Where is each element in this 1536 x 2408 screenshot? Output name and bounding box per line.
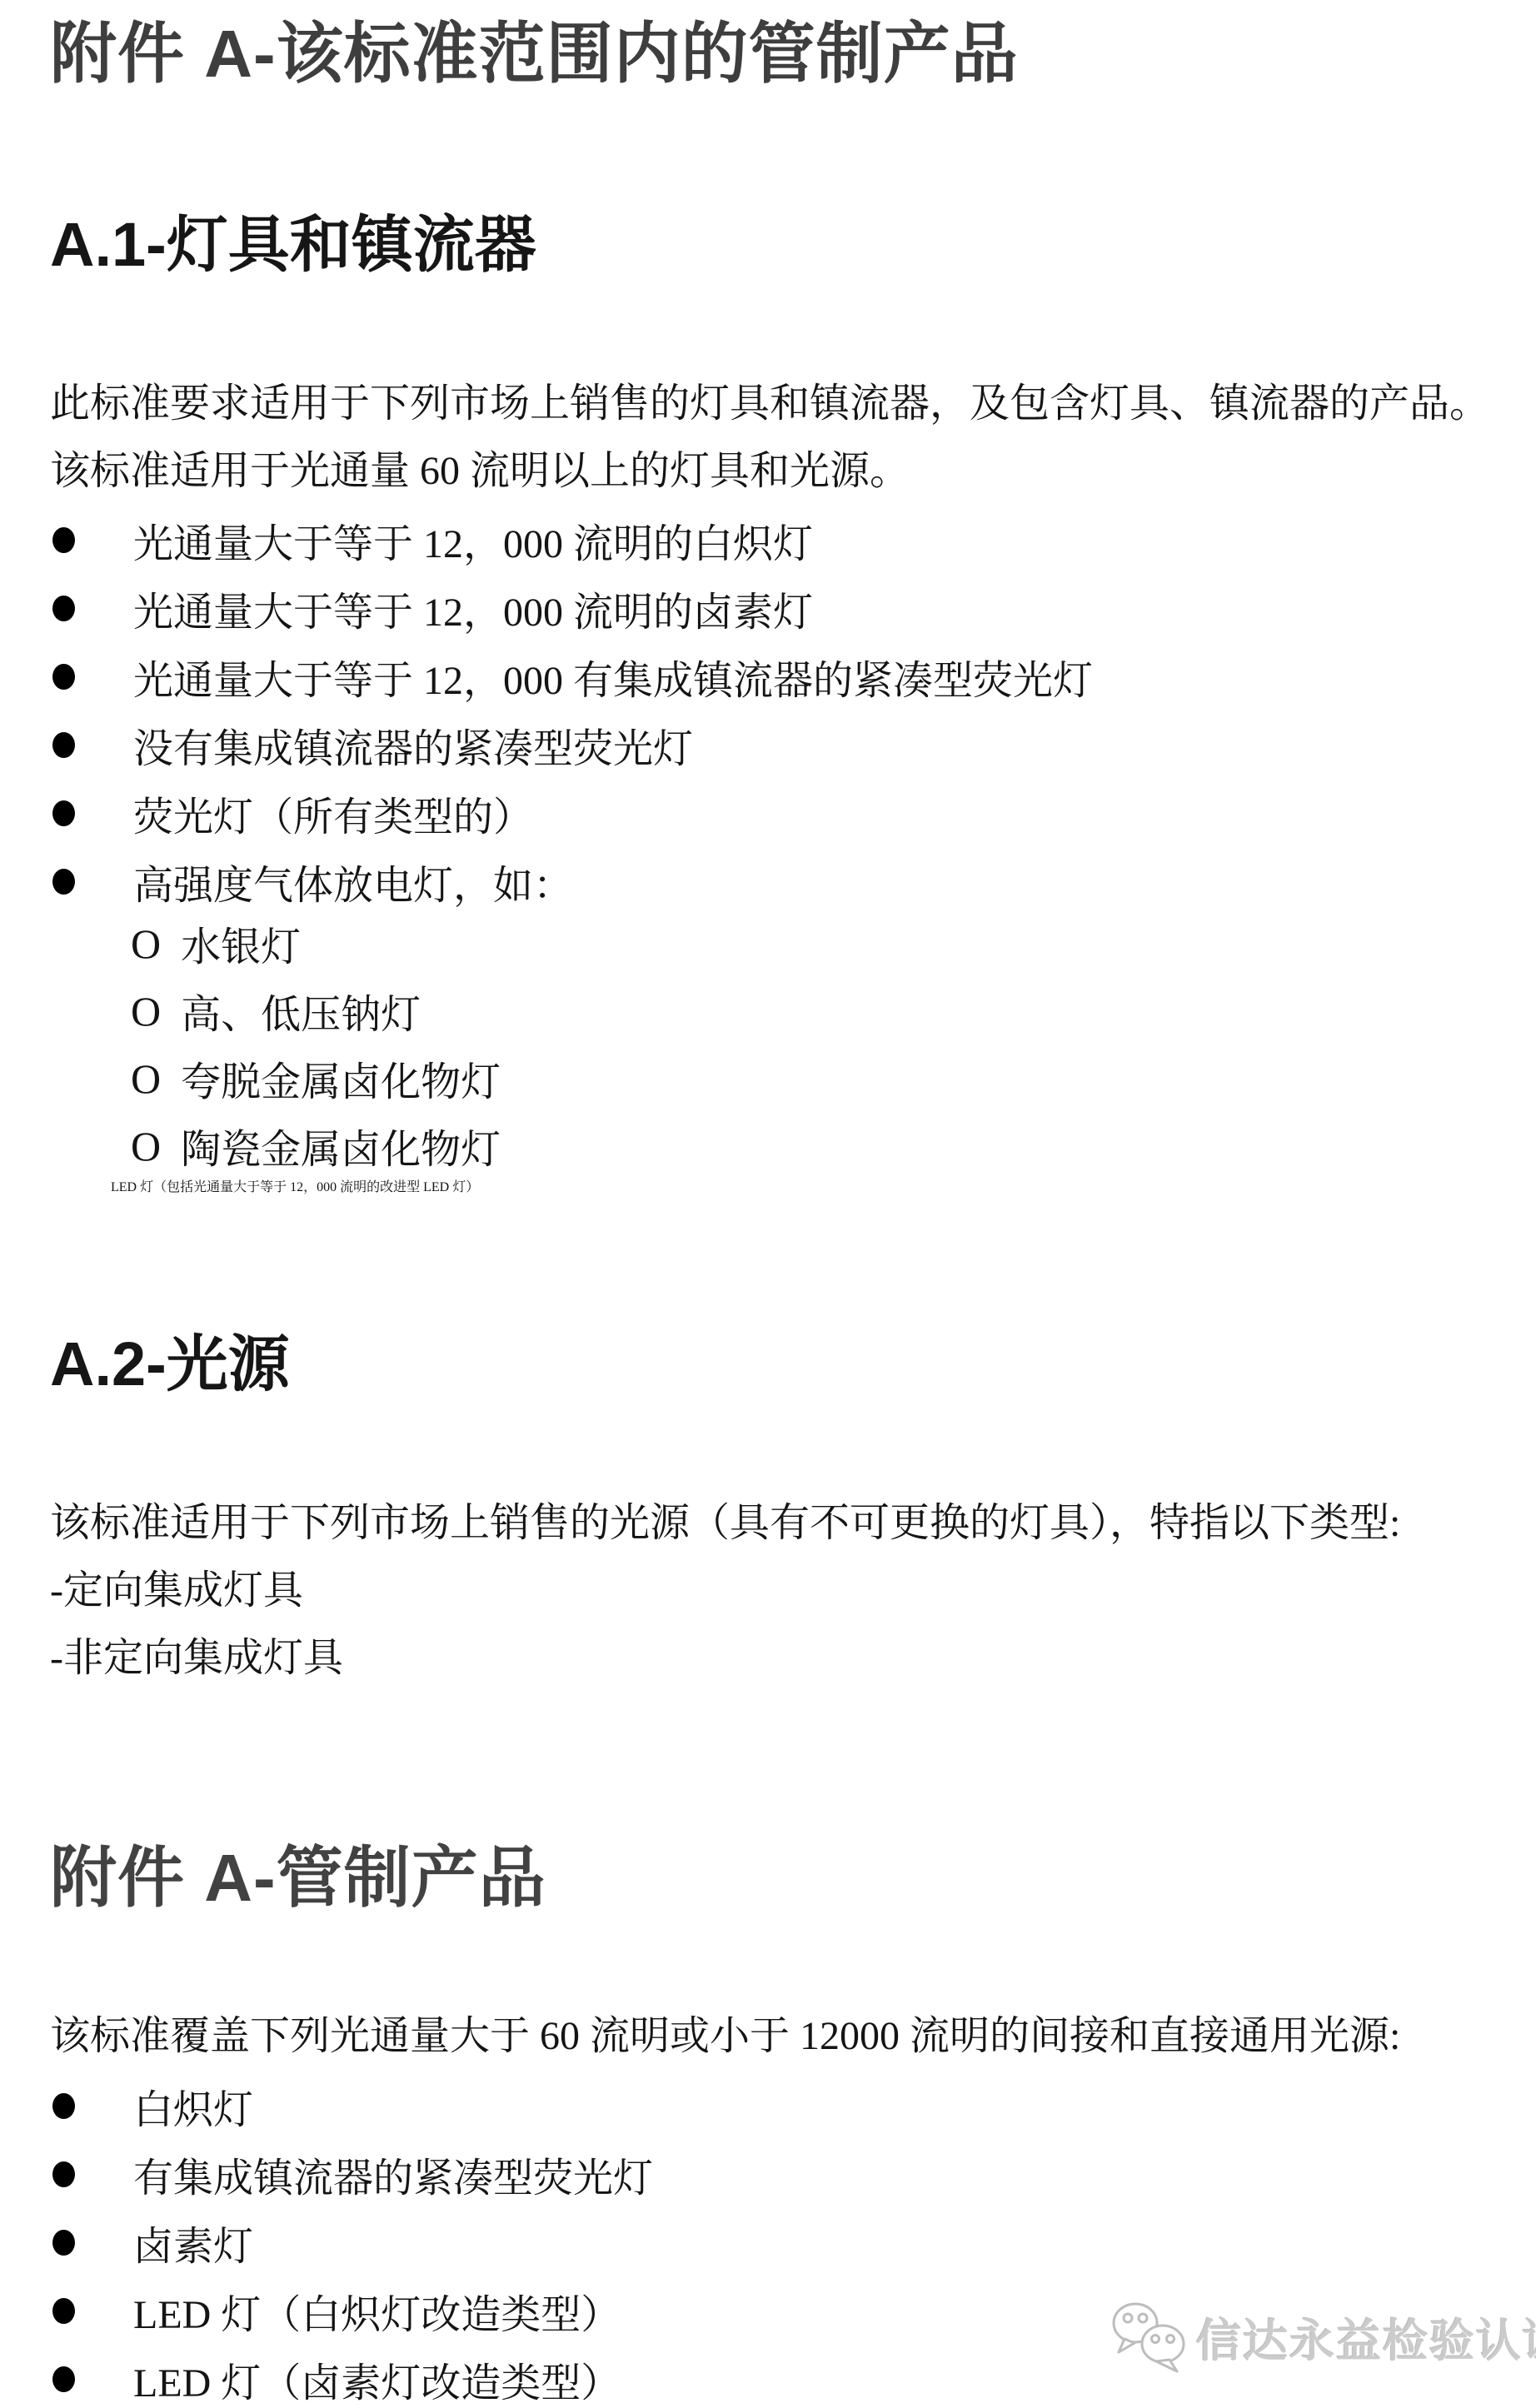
a2-dash-item: -定向集成灯具 xyxy=(50,1557,1400,1624)
bullet-dot-icon xyxy=(52,732,75,758)
led-lamp-bullet-item: LED 灯（包括光通量大于等于 12，000 流明的改进型 LED 灯） xyxy=(50,1176,479,1195)
bullet-dot-icon xyxy=(52,664,75,690)
o-bullet-marker: O xyxy=(131,1054,161,1103)
list-item-label: 没有集成镇流器的紧凑型荧光灯 xyxy=(133,716,693,774)
sub-list-item: O高、低压钠灯 xyxy=(131,977,501,1044)
document-page: 附件 A-该标准范围内的管制产品 A.1-灯具和镇流器 此标准要求适用于下列市场… xyxy=(0,0,1536,2408)
list-item-label: LED 灯（包括光通量大于等于 12，000 流明的改进型 LED 灯） xyxy=(111,1180,479,1194)
list-item-label: 白炽灯 xyxy=(133,2077,253,2135)
bullet-dot-icon xyxy=(52,2230,75,2256)
list-item-label: 光通量大于等于 12，000 流明的白炽灯 xyxy=(133,511,813,569)
wechat-icon xyxy=(1108,2301,1191,2374)
list-item: 没有集成镇流器的紧凑型荧光灯 xyxy=(50,710,1093,779)
list-item: 高强度气体放电灯，如： xyxy=(50,847,1093,915)
sub-list-item: O陶瓷金属卤化物灯 xyxy=(131,1112,501,1179)
hid-lamp-sub-list: O水银灯 O高、低压钠灯 O夸脱金属卤化物灯 O陶瓷金属卤化物灯 xyxy=(131,910,501,1179)
a1-intro-line-2: 该标准适用于光通量 60 流明以上的灯具和光源。 xyxy=(50,437,1489,505)
annex-a-intro: 该标准覆盖下列光通量大于 60 流明或小于 12000 流明的间接和直接通用光源… xyxy=(50,2002,1400,2070)
section-a1-heading: A.1-灯具和镇流器 xyxy=(50,212,536,278)
list-item-label: LED 灯（卤素灯改造类型） xyxy=(133,2351,621,2408)
sub-item-label: 陶瓷金属卤化物灯 xyxy=(181,1117,501,1174)
a2-intro-line: 该标准适用于下列市场上销售的光源（具有不可更换的灯具），特指以下类型: xyxy=(50,1489,1400,1557)
bullet-dot-icon xyxy=(52,800,75,826)
list-item-label: 光通量大于等于 12，000 有集成镇流器的紧凑型荧光灯 xyxy=(133,648,1093,705)
list-item: 卤素灯 xyxy=(50,2208,653,2276)
o-bullet-marker: O xyxy=(131,987,161,1035)
watermark: 信达永益检验认证 xyxy=(1108,2301,1536,2374)
list-item-label: 高强度气体放电灯，如： xyxy=(133,853,573,910)
sub-list-item: O水银灯 xyxy=(131,910,501,977)
sub-item-label: 夸脱金属卤化物灯 xyxy=(181,1049,501,1107)
page-title: 附件 A-该标准范围内的管制产品 xyxy=(50,18,1019,90)
watermark-text: 信达永益检验认证 xyxy=(1196,2306,1536,2370)
list-item-label: 荧光灯（所有类型的） xyxy=(133,785,533,842)
list-item: LED 灯（卤素灯改造类型） xyxy=(50,2345,653,2408)
bullet-dot-icon xyxy=(52,2366,75,2392)
bullet-dot-icon xyxy=(52,2161,75,2187)
list-item: 白炽灯 xyxy=(50,2071,653,2140)
sub-item-label: 高、低压钠灯 xyxy=(181,982,421,1039)
annex-bullet-list: 白炽灯 有集成镇流器的紧凑型荧光灯 卤素灯 LED 灯（白炽灯改造类型） LED… xyxy=(50,2071,653,2408)
bullet-dot-icon xyxy=(52,2298,75,2324)
list-item: 光通量大于等于 12，000 有集成镇流器的紧凑型荧光灯 xyxy=(50,642,1093,710)
a1-bullet-list: 光通量大于等于 12，000 流明的白炽灯 光通量大于等于 12，000 流明的… xyxy=(50,506,1093,915)
list-item-label: 光通量大于等于 12，000 流明的卤素灯 xyxy=(133,580,813,637)
annex-intro-line: 该标准覆盖下列光通量大于 60 流明或小于 12000 流明的间接和直接通用光源… xyxy=(50,2002,1400,2070)
bullet-dot-icon xyxy=(52,527,75,553)
o-bullet-marker: O xyxy=(131,920,161,968)
o-bullet-marker: O xyxy=(131,1122,161,1170)
section-a2-body: 该标准适用于下列市场上销售的光源（具有不可更换的灯具），特指以下类型: -定向集… xyxy=(50,1489,1400,1692)
sub-list-item: O夸脱金属卤化物灯 xyxy=(131,1044,501,1112)
a2-dash-item: -非定向集成灯具 xyxy=(50,1624,1400,1692)
list-item-label: LED 灯（白炽灯改造类型） xyxy=(133,2282,621,2340)
list-item: LED 灯（白炽灯改造类型） xyxy=(50,2276,653,2345)
list-item: 光通量大于等于 12，000 流明的白炽灯 xyxy=(50,506,1093,574)
bullet-dot-icon xyxy=(52,2093,75,2119)
section-a2-heading: A.2-光源 xyxy=(50,1331,290,1398)
list-item-label: 卤素灯 xyxy=(133,2214,253,2271)
annex-a-heading: 附件 A-管制产品 xyxy=(50,1842,546,1914)
section-a1-intro: 此标准要求适用于下列市场上销售的灯具和镇流器，及包含灯具、镇流器的产品。 该标准… xyxy=(50,370,1489,505)
sub-item-label: 水银灯 xyxy=(181,915,301,972)
bullet-dot-icon xyxy=(52,596,75,621)
list-item: 光通量大于等于 12，000 流明的卤素灯 xyxy=(50,574,1093,642)
a1-intro-line-1: 此标准要求适用于下列市场上销售的灯具和镇流器，及包含灯具、镇流器的产品。 xyxy=(50,370,1489,437)
list-item-label: 有集成镇流器的紧凑型荧光灯 xyxy=(133,2146,653,2203)
list-item: 有集成镇流器的紧凑型荧光灯 xyxy=(50,2140,653,2208)
bullet-dot-icon xyxy=(52,869,75,895)
list-item: 荧光灯（所有类型的） xyxy=(50,779,1093,847)
